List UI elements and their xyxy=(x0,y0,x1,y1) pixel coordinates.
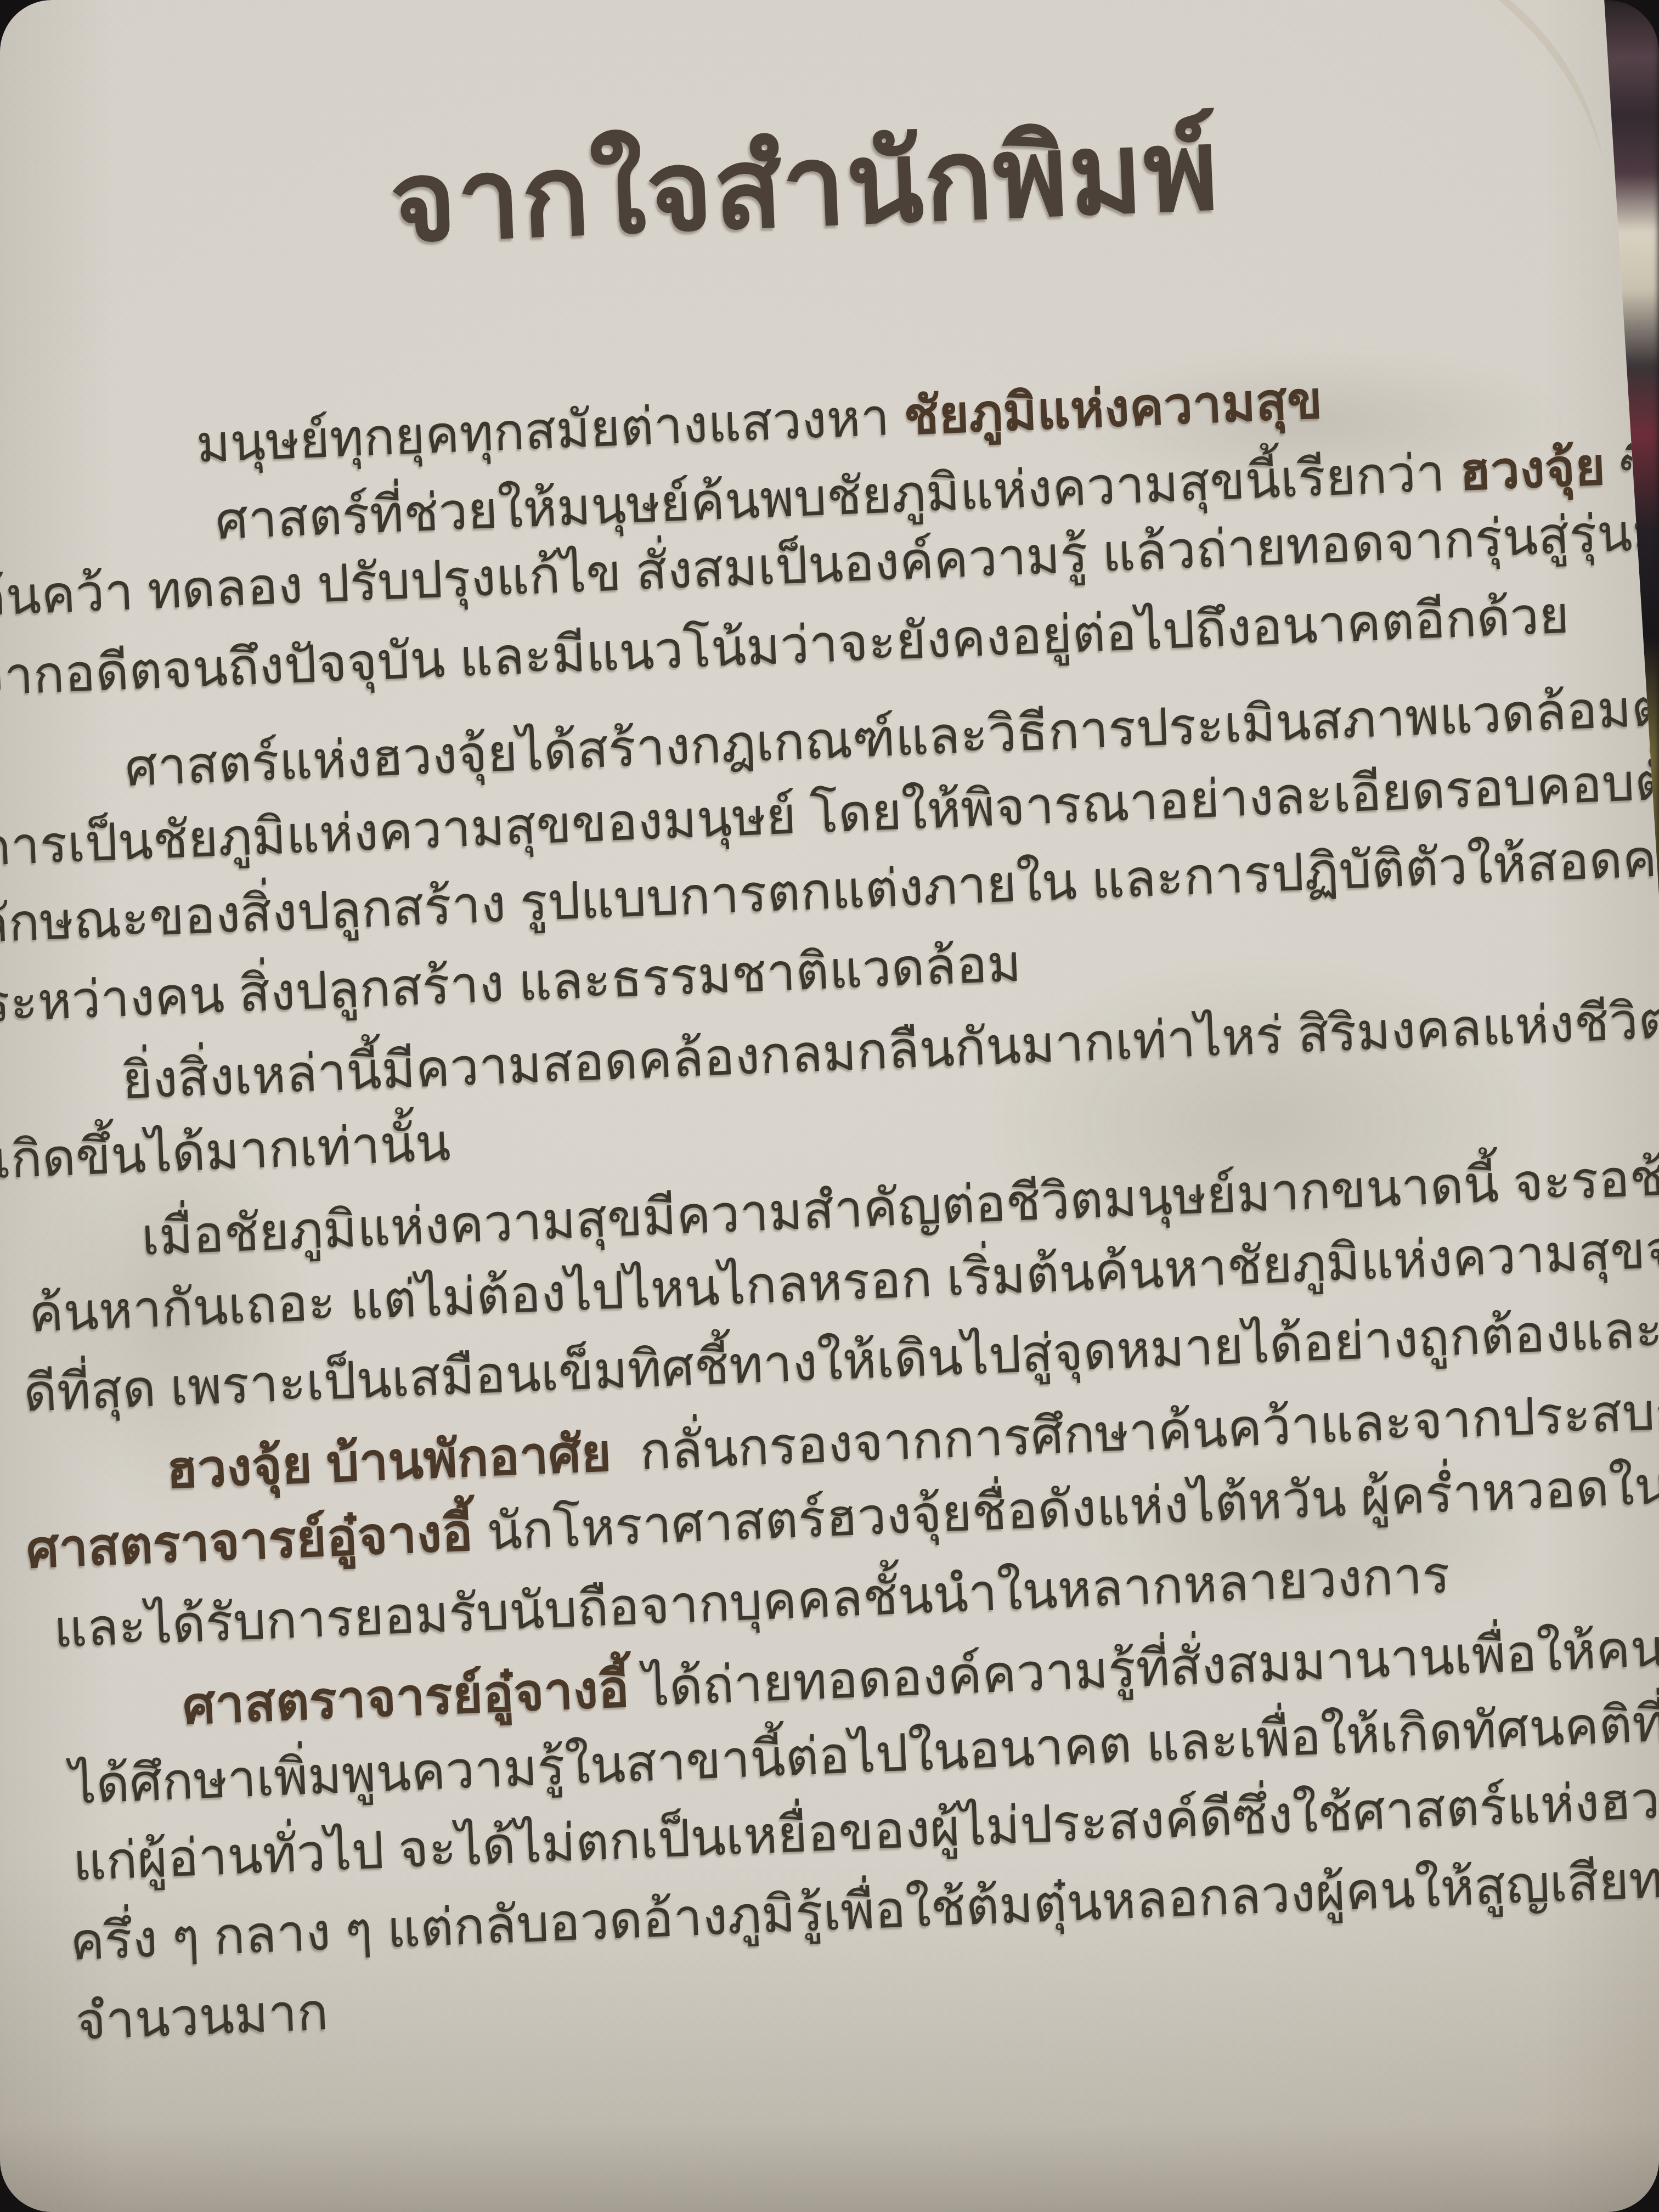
emphasized-term: ชัยภูมิแห่งความสุข xyxy=(902,371,1323,445)
emphasized-term: ศาสตราจารย์อู๋จางอี้ xyxy=(25,1503,474,1578)
book-page: จากใจสำนักพิมพ์ มนุษย์ทุกยุคทุกสมัยต่างแ… xyxy=(0,0,1659,2212)
emphasized-term: ฮวงจุ้ย บ้านพักอาศัย xyxy=(165,1424,612,1499)
body-text: จำนวนมาก xyxy=(75,1983,330,2050)
emphasized-term: ฮวงจุ้ย xyxy=(1458,437,1606,500)
body-text: เกิดขึ้นได้มากเท่านั้น xyxy=(0,1113,452,1189)
emphasized-term: ศาสตราจารย์อู๋จางอี้ xyxy=(182,1660,630,1735)
page-title: จากใจสำนักพิมพ์ xyxy=(387,79,1222,291)
book-page-photo: จากใจสำนักพิมพ์ มนุษย์ทุกยุคทุกสมัยต่างแ… xyxy=(0,0,1659,2212)
text-line: จำนวนมาก xyxy=(74,1971,330,2062)
